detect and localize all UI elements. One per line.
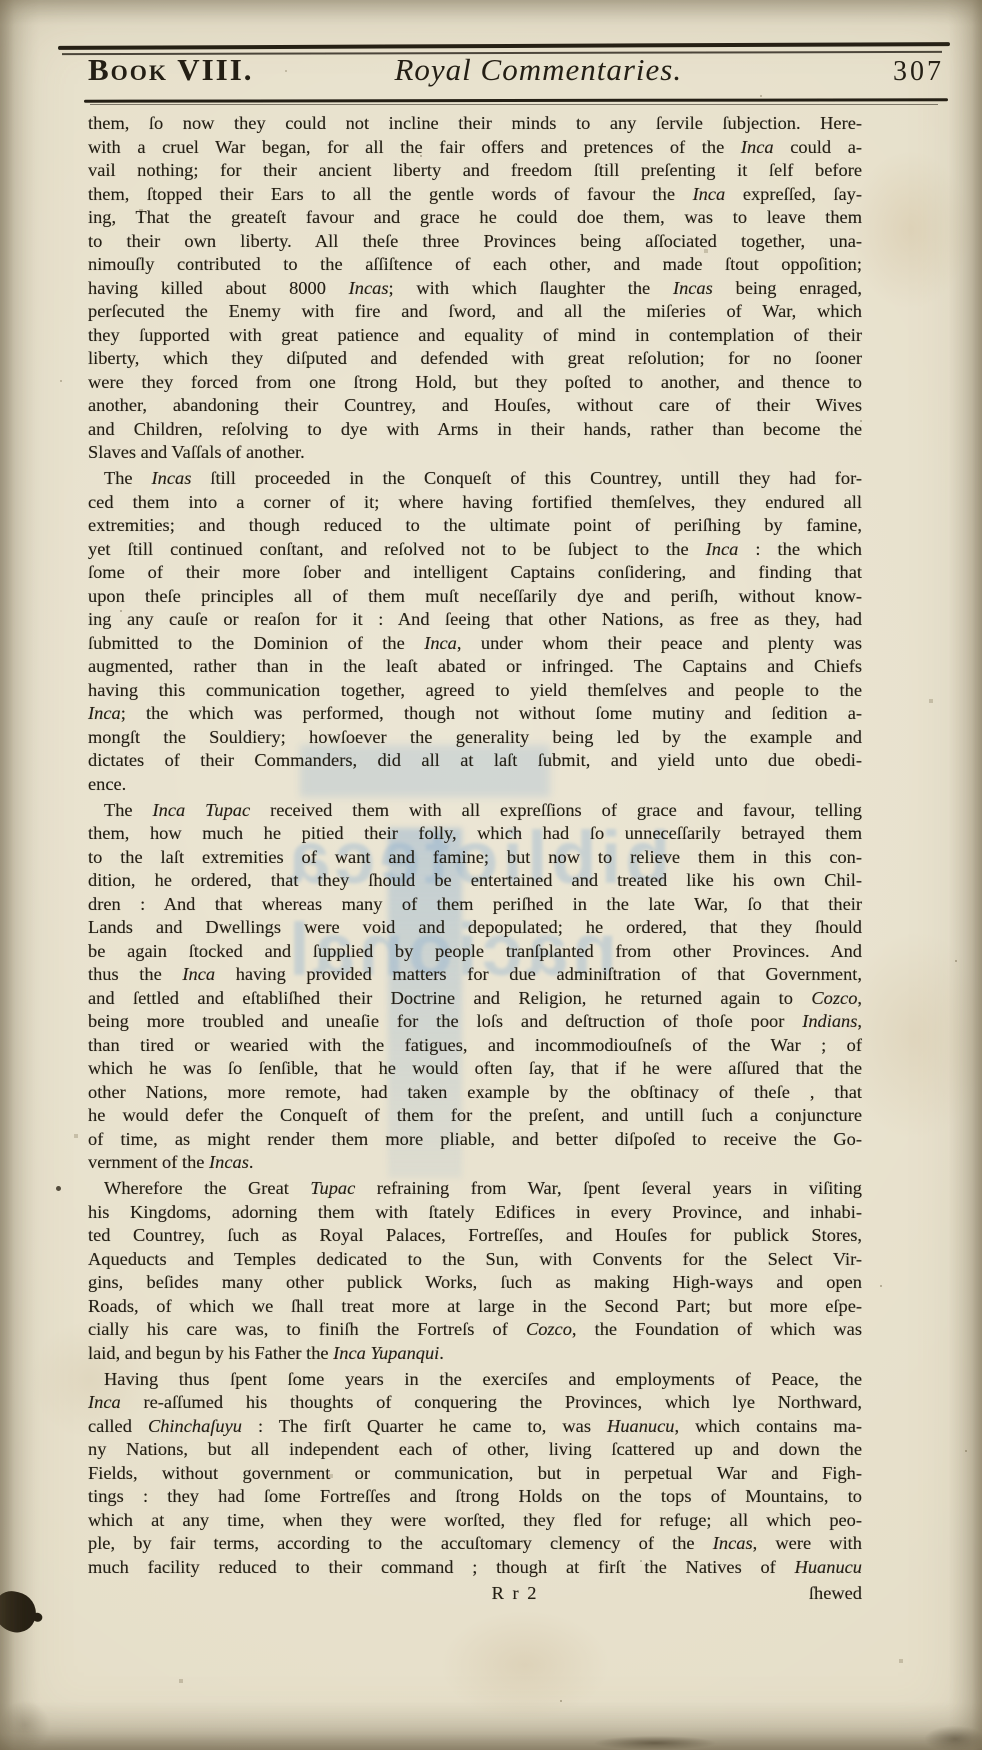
text-line: Inca; the which was performed, though no… [88,702,862,726]
text-line: dition, he ordered, that they ſhould be … [88,869,862,893]
text-line: perſecuted the Enemy with fire and ſword… [88,300,862,324]
page-footer: R r 2ſhewed [88,1582,862,1606]
text-line: mongſt the Souldiery; howſoever the gene… [88,726,862,750]
text-line: Lands and Dwellings were void and depopu… [88,916,862,940]
text-line: much facility reduced to their command ;… [88,1556,862,1580]
paragraph: The Incas ſtill proceeded in the Conqueſ… [88,467,862,796]
text-line: he would defer the Conqueſt of them for … [88,1104,862,1128]
catchword: ſhewed [809,1582,862,1606]
running-title: Royal Commentaries. [254,52,893,88]
ink-blot [0,1588,40,1636]
text-line: they ſupported with great patience and e… [88,324,862,348]
text-line: laid, and begun by his Father the Inca Y… [88,1342,862,1366]
text-line: yet ſtill continued conſtant, and reſolv… [88,538,862,562]
text-line: cially his care was, to finiſh the Fortr… [88,1318,862,1342]
edge-smudge [0,1700,50,1750]
text-line: vernment of the Incas. [88,1151,862,1175]
text-line: ing, That the greateſt favour and grace … [88,206,862,230]
text-line: which he was ſo ſenſible, that he would … [88,1057,862,1081]
text-line: gins, beſides many other publick Works, … [88,1271,862,1295]
text-line: having killed about 8000 Incas; with whi… [88,277,862,301]
text-line: them, ſtopped their Ears to all the gent… [88,183,862,207]
margin-dot-mark [56,1186,61,1191]
paper-stain [440,1610,610,1720]
text-line: of time, as might render them more pliab… [88,1128,862,1152]
text-line: were they forced from one ſtrong Hold, b… [88,371,862,395]
text-line: his Kingdoms, adorning them with ſtately… [88,1201,862,1225]
signature-mark: R r 2 [168,1582,862,1606]
text-line: ny Nations, but all independent each of … [88,1438,862,1462]
text-line: The Inca Tupac received them with all ex… [88,799,862,823]
text-line: tings : they had ſome Fortreſſes and ſtr… [88,1485,862,1509]
text-line: ted Countrey, ſuch as Royal Palaces, For… [88,1224,862,1248]
paragraph: Wherefore the Great Tupac refraining fro… [88,1177,862,1365]
text-line: which at any time, when they were worſte… [88,1509,862,1533]
text-line: them, ſo now they could not incline thei… [88,112,862,136]
text-line: extremities; and though reduced to the u… [88,514,862,538]
text-line: and Children, reſolving to dye with Arms… [88,418,862,442]
text-line: dictates of their Commanders, did all at… [88,749,862,773]
text-line: Roads, of which we ſhall treat more at l… [88,1295,862,1319]
paragraph: The Inca Tupac received them with all ex… [88,799,862,1175]
text-line: liberty, which they diſputed and defende… [88,347,862,371]
text-line: another, abandoning their Countrey, and … [88,394,862,418]
text-line: upon theſe principles all of them muſt n… [88,585,862,609]
text-line: to their own liberty. All theſe three Pr… [88,230,862,254]
paper-stain [850,150,970,310]
top-rule-thick [58,42,950,50]
edge-smudge [595,1736,715,1750]
text-line: ing any cauſe or reaſon for it : And ſee… [88,608,862,632]
header-rule-thick [84,98,948,102]
text-line: than tired or wearied with the fatigues,… [88,1034,862,1058]
book-number-label: Book VIII. [88,52,254,88]
text-line: Fields, without government or communicat… [88,1462,862,1486]
text-line: with a cruel War began, for all the fair… [88,136,862,160]
text-line: Having thus ſpent ſome years in the exer… [88,1368,862,1392]
page-number: 307 [893,56,944,88]
text-line: thus the Inca having provided matters fo… [88,963,862,987]
text-line: ſubmitted to the Dominion of the Inca, u… [88,632,862,656]
text-line: dren : And that whereas many of them per… [88,893,862,917]
text-line: other Nations, more remote, had taken ex… [88,1081,862,1105]
text-line: and ſettled and eſtabliſhed their Doctri… [88,987,862,1011]
text-line: ſome of their more ſober and intelligent… [88,561,862,585]
book-page: biblioteca nacional Book VIII. Royal Com… [0,0,982,1750]
text-line: augmented, rather than in the leaſt abat… [88,655,862,679]
text-line: called Chinchaſuyu : The firſt Quarter h… [88,1415,862,1439]
running-header: Book VIII. Royal Commentaries. 307 [88,52,944,98]
text-line: Slaves and Vaſſals of another. [88,441,862,465]
text-line: The Incas ſtill proceeded in the Conqueſ… [88,467,862,491]
text-line: be again ſtocked and ſupplied by people … [88,940,862,964]
text-line: Aqueducts and Temples dedicated to the S… [88,1248,862,1272]
text-line: nimouſly contributed to the aſſiſtence o… [88,253,862,277]
text-line: being more troubled and uneaſie for the … [88,1010,862,1034]
text-line: to the laſt extremities of want and fami… [88,846,862,870]
header-rule-thin [90,104,938,105]
edge-smudge [925,1726,982,1750]
text-line: them, how much he pitied their folly, wh… [88,822,862,846]
text-line: ced them into a corner of it; where havi… [88,491,862,515]
text-line: vail nothing; for their ancient liberty … [88,159,862,183]
paragraph: Having thus ſpent ſome years in the exer… [88,1368,862,1580]
text-line: ence. [88,773,862,797]
paragraph: them, ſo now they could not incline thei… [88,112,862,465]
text-line: having this communication together, agre… [88,679,862,703]
text-line: ple, by fair terms, according to the acc… [88,1532,862,1556]
text-line: Wherefore the Great Tupac refraining fro… [88,1177,862,1201]
paper-speckles [0,0,2,2]
text-line: Inca re-aſſumed his thoughts of conqueri… [88,1391,862,1415]
body-text: them, ſo now they could not incline thei… [88,112,862,1606]
